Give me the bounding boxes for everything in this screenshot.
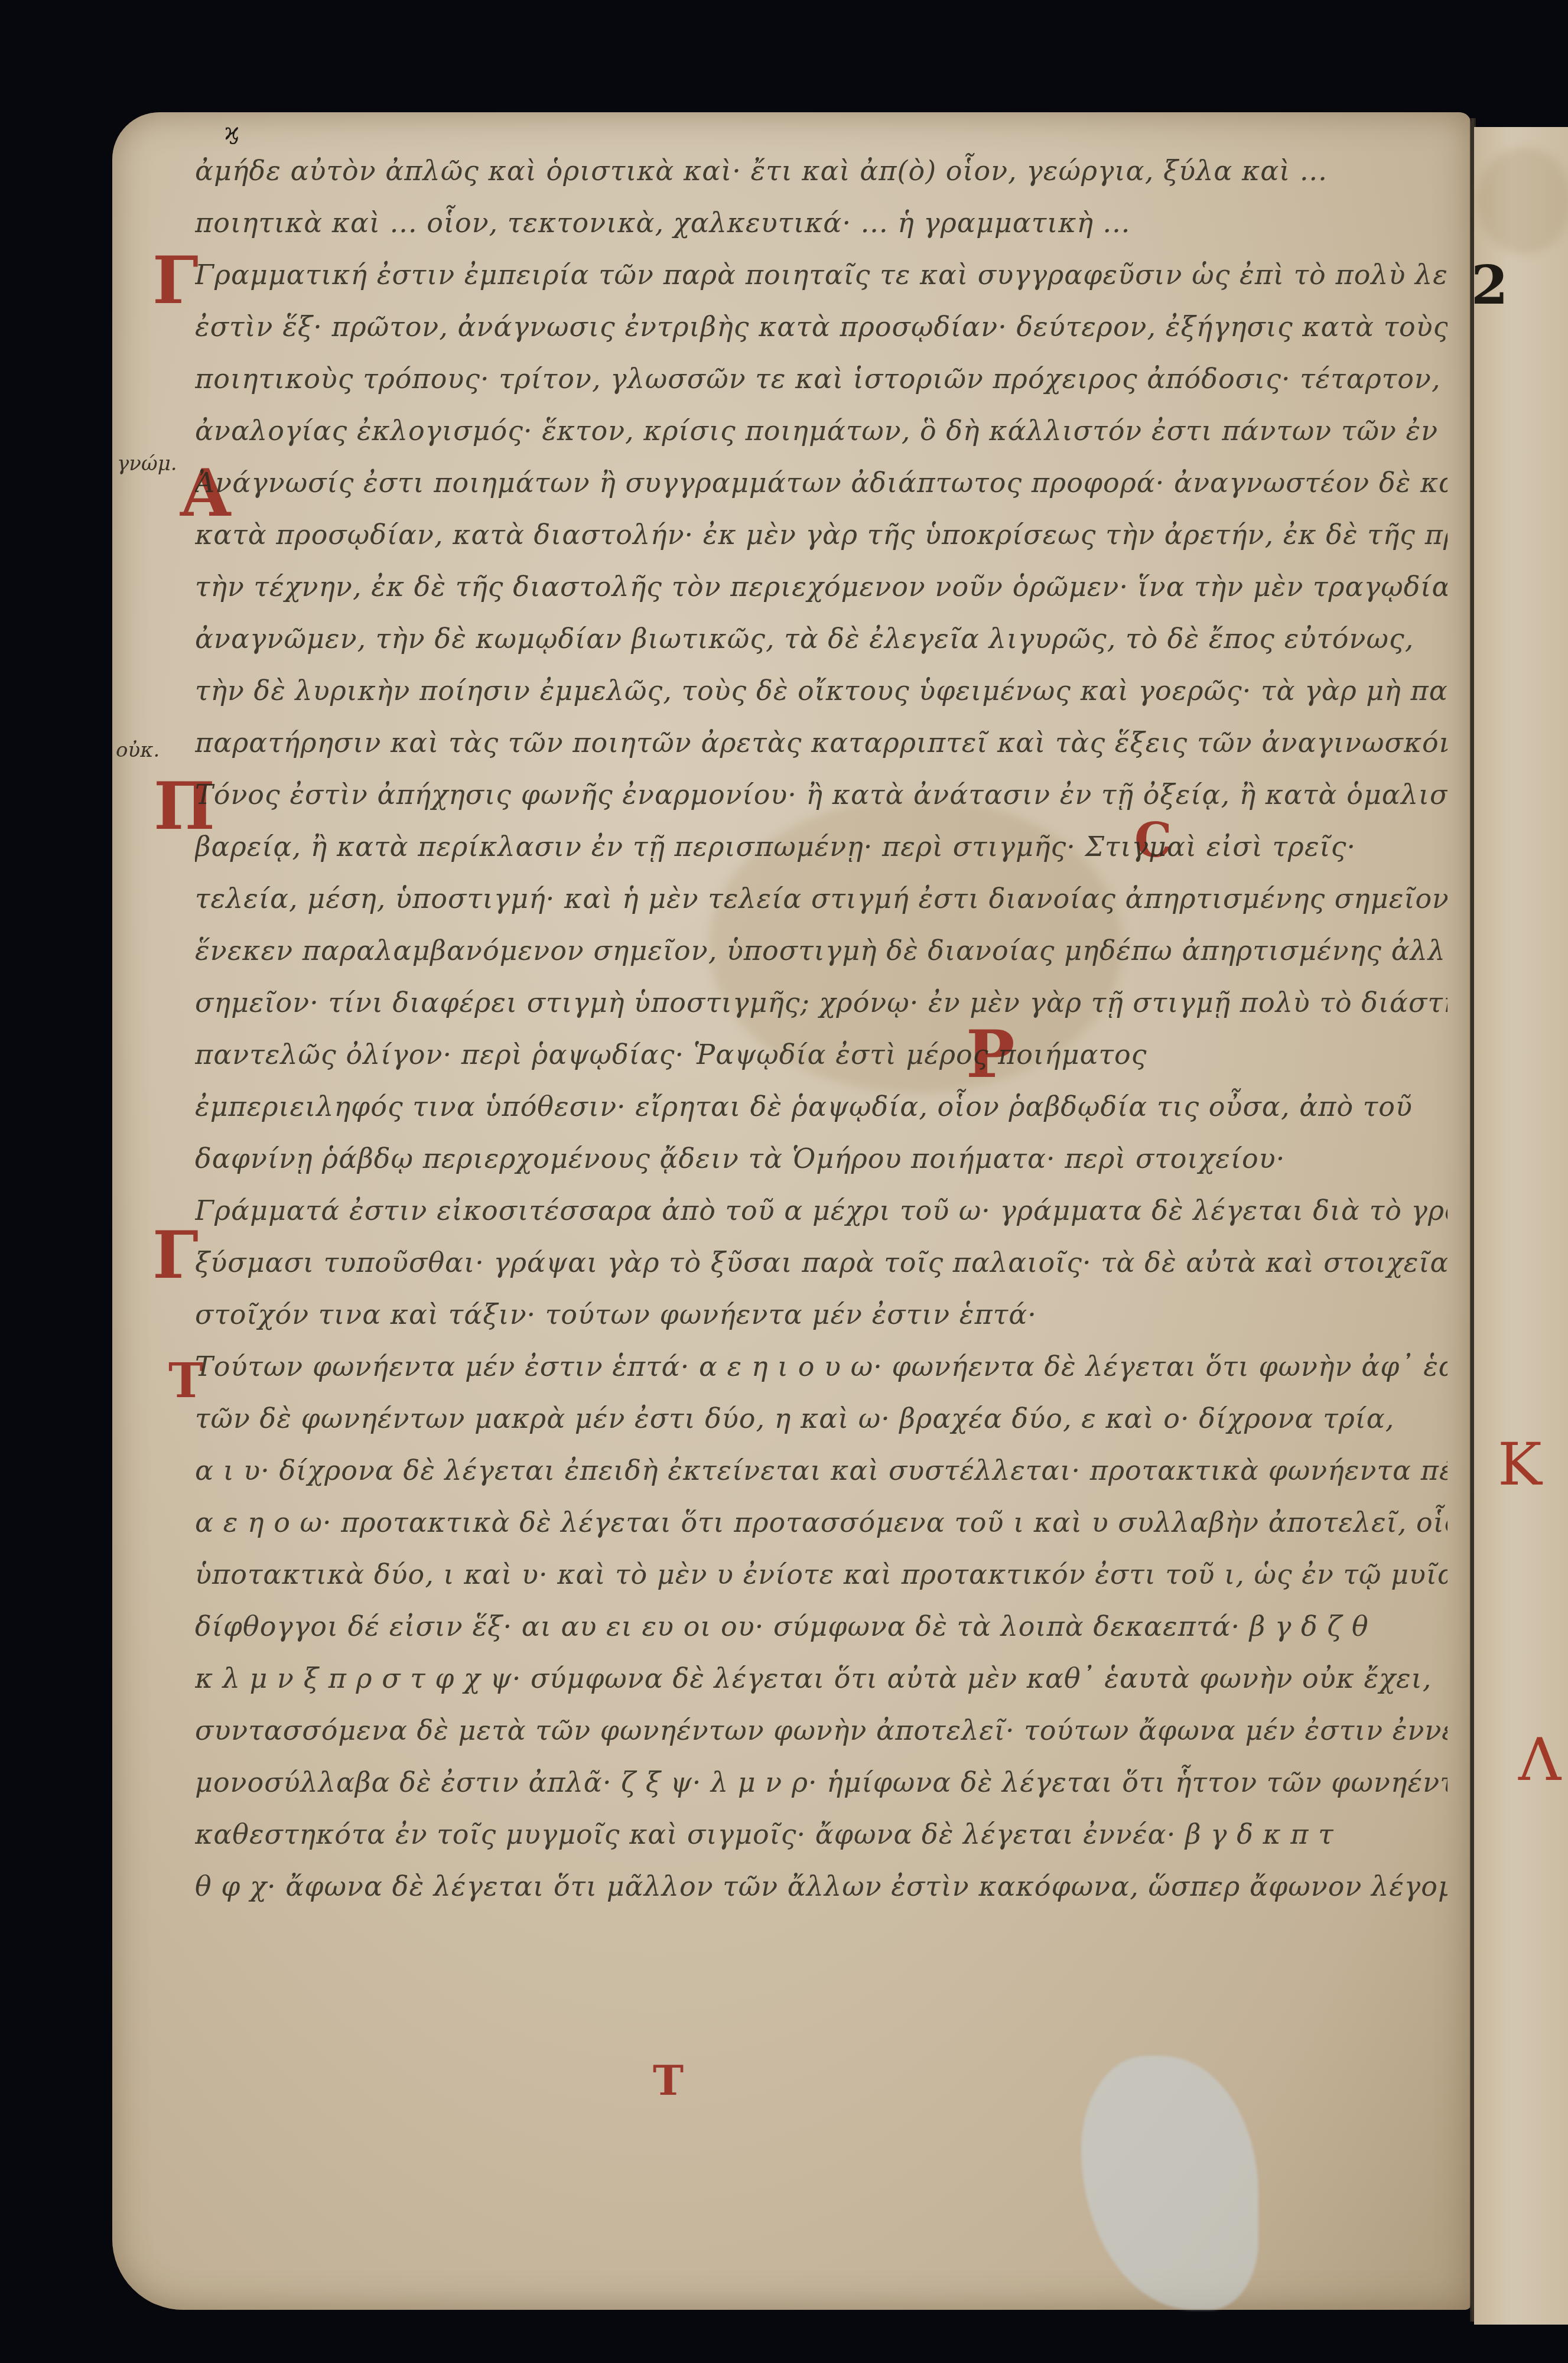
margin-note: γνώμ.: [117, 452, 177, 476]
text-line: συντασσόμενα δὲ μετὰ τῶν φωνηέντων φωνὴν…: [195, 1704, 1447, 1756]
facing-page-initial: Κ: [1498, 1430, 1542, 1499]
top-mark: ϗ: [225, 118, 239, 145]
text-line: βαρείᾳ, ἢ κατὰ περίκλασιν ἐν τῇ περισπωμ…: [195, 821, 1447, 873]
text-line: μονοσύλλαβα δὲ ἐστιν ἀπλᾶ· ζ ξ ψ· λ μ ν …: [195, 1756, 1447, 1808]
text-line: Ἀνάγνωσίς ἐστι ποιημάτων ἢ συγγραμμάτων …: [195, 457, 1447, 509]
text-line: κατὰ προσῳδίαν, κατὰ διαστολήν· ἐκ μὲν γ…: [195, 509, 1447, 561]
text-line: ἀμήδε αὐτὸν ἀπλῶς καὶ ὁριστικὰ καὶ· ἔτι …: [195, 145, 1447, 197]
text-line: ἐστὶν ἕξ· πρῶτον, ἀνάγνωσις ἐντριβὴς κατ…: [195, 301, 1447, 353]
text-line: καθεστηκότα ἐν τοῖς μυγμοῖς καὶ σιγμοῖς·…: [195, 1808, 1447, 1860]
text-line: τὴν τέχνην, ἐκ δὲ τῆς διαστολῆς τὸν περι…: [195, 561, 1447, 613]
text-line: τῶν δὲ φωνηέντων μακρὰ μέν ἐστι δύο, η κ…: [195, 1392, 1447, 1444]
text-line: δαφνίνῃ ῥάβδῳ περιερχομένους ᾄδειν τὰ Ὁμ…: [195, 1132, 1447, 1184]
text-line: ἐμπεριειληφός τινα ὑπόθεσιν· εἴρηται δὲ …: [195, 1080, 1447, 1132]
rubricated-initial: Γ: [152, 242, 199, 318]
text-line: ἕνεκεν παραλαμβανόμενον σημεῖον, ὑποστιγ…: [195, 925, 1447, 977]
text-line: ξύσμασι τυποῦσθαι· γράψαι γὰρ τὸ ξῦσαι π…: [195, 1236, 1447, 1288]
text-line: ὑποτακτικὰ δύο, ι καὶ υ· καὶ τὸ μὲν υ ἐν…: [195, 1548, 1447, 1600]
water-stain: [1477, 148, 1568, 254]
rubricated-initial: Τ: [653, 2056, 684, 2105]
text-line: ἀναγνῶμεν, τὴν δὲ κωμῳδίαν βιωτικῶς, τὰ …: [195, 613, 1447, 665]
facing-page-initial: Λ: [1518, 1725, 1561, 1794]
text-line: Τόνος ἐστὶν ἀπήχησις φωνῆς ἐναρμονίου· ἢ…: [195, 769, 1447, 821]
text-line: τελεία, μέση, ὑποστιγμή· καὶ ἡ μὲν τελεί…: [195, 873, 1447, 925]
text-line: σημεῖον· τίνι διαφέρει στιγμὴ ὑποστιγμῆς…: [195, 977, 1447, 1028]
text-line: ἀναλογίας ἐκλογισμός· ἕκτον, κρίσις ποιη…: [195, 405, 1447, 457]
text-line: α ι υ· δίχρονα δὲ λέγεται ἐπειδὴ ἐκτείνε…: [195, 1444, 1447, 1496]
text-line: τὴν δὲ λυρικὴν ποίησιν ἐμμελῶς, τοὺς δὲ …: [195, 665, 1447, 717]
folio-mark: 2: [1471, 254, 1508, 317]
text-line: παντελῶς ὀλίγον· περὶ ῥαψῳδίας· Ῥαψῳδία …: [195, 1028, 1447, 1080]
text-line: θ φ χ· ἄφωνα δὲ λέγεται ὅτι μᾶλλον τῶν ἄ…: [195, 1860, 1447, 1912]
margin-note: οὐκ.: [116, 738, 160, 762]
text-line: α ε η ο ω· προτακτικὰ δὲ λέγεται ὅτι προ…: [195, 1496, 1447, 1548]
text-line: δίφθογγοι δέ εἰσιν ἕξ· αι αυ ει ευ οι ου…: [195, 1600, 1447, 1652]
text-line: ποιητικὰ καὶ ... οἷον, τεκτονικὰ, χαλκευ…: [195, 197, 1447, 249]
text-line: κ λ μ ν ξ π ρ σ τ φ χ ψ· σύμφωνα δὲ λέγε…: [195, 1652, 1447, 1704]
text-line: Γραμματική ἐστιν ἐμπειρία τῶν παρὰ ποιητ…: [195, 249, 1447, 301]
text-line: Γράμματά ἐστιν εἰκοσιτέσσαρα ἀπὸ τοῦ α μ…: [195, 1184, 1447, 1236]
facing-page: [1474, 127, 1568, 2325]
text-block: ἀμήδε αὐτὸν ἀπλῶς καὶ ὁριστικὰ καὶ· ἔτι …: [195, 145, 1447, 1912]
text-line: ποιητικοὺς τρόπους· τρίτον, γλωσσῶν τε κ…: [195, 353, 1447, 405]
rubricated-initial: Γ: [152, 1217, 199, 1293]
text-line: παρατήρησιν καὶ τὰς τῶν ποιητῶν ἀρετὰς κ…: [195, 717, 1447, 769]
text-line: Τούτων φωνήεντα μέν ἐστιν ἑπτά· α ε η ι …: [195, 1340, 1447, 1392]
text-line: στοῖχόν τινα καὶ τάξιν· τούτων φωνήεντα …: [195, 1288, 1447, 1340]
